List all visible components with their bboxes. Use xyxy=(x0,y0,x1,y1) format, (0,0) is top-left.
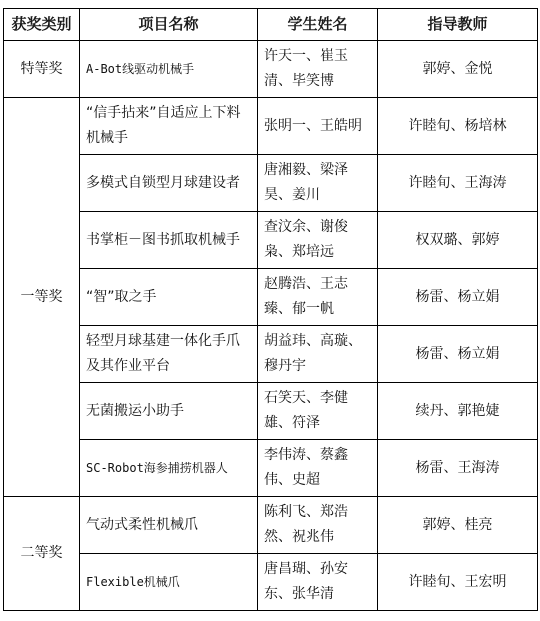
project-name: SC-Robot海参捕捞机器人 xyxy=(80,440,258,497)
project-name: “信手拈来”自适应上下料机械手 xyxy=(80,98,258,155)
header-student-names: 学生姓名 xyxy=(258,9,378,41)
table-row: “智”取之手 赵腾浩、王志臻、郁一帆 杨雷、杨立娟 xyxy=(4,269,538,326)
advisors: 权双璐、郭婷 xyxy=(378,212,538,269)
student-names: 查汶余、谢俊枭、郑培远 xyxy=(258,212,378,269)
header-project-name: 项目名称 xyxy=(80,9,258,41)
table-row: 多模式自锁型月球建设者 唐湘毅、梁泽昊、姜川 许睦旬、王海涛 xyxy=(4,155,538,212)
header-award-category: 获奖类别 xyxy=(4,9,80,41)
header-advisors: 指导教师 xyxy=(378,9,538,41)
student-names: 赵腾浩、王志臻、郁一帆 xyxy=(258,269,378,326)
project-name: A-Bot线驱动机械手 xyxy=(80,41,258,98)
table-row: 特等奖 A-Bot线驱动机械手 许天一、崔玉清、毕笑博 郭婷、金悦 xyxy=(4,41,538,98)
student-names: 唐昌瑚、孙安东、张华清 xyxy=(258,554,378,611)
advisors: 杨雷、杨立娟 xyxy=(378,326,538,383)
project-name: 轻型月球基建一体化手爪及其作业平台 xyxy=(80,326,258,383)
award-category: 一等奖 xyxy=(4,98,80,497)
student-names: 石笑天、李健雄、符泽 xyxy=(258,383,378,440)
student-names: 胡益玮、高璇、穆丹宇 xyxy=(258,326,378,383)
awards-table: 获奖类别 项目名称 学生姓名 指导教师 特等奖 A-Bot线驱动机械手 许天一、… xyxy=(3,8,538,611)
award-category: 特等奖 xyxy=(4,41,80,98)
project-name: “智”取之手 xyxy=(80,269,258,326)
student-names: 陈利飞、郑浩然、祝兆伟 xyxy=(258,497,378,554)
advisors: 杨雷、杨立娟 xyxy=(378,269,538,326)
advisors: 许睦旬、王海涛 xyxy=(378,155,538,212)
table-row: 无菌搬运小助手 石笑天、李健雄、符泽 续丹、郭艳婕 xyxy=(4,383,538,440)
project-name: 无菌搬运小助手 xyxy=(80,383,258,440)
student-names: 李伟涛、蔡鑫伟、史超 xyxy=(258,440,378,497)
table-row: 轻型月球基建一体化手爪及其作业平台 胡益玮、高璇、穆丹宇 杨雷、杨立娟 xyxy=(4,326,538,383)
table-row: SC-Robot海参捕捞机器人 李伟涛、蔡鑫伟、史超 杨雷、王海涛 xyxy=(4,440,538,497)
table-row: 书掌柜－图书抓取机械手 查汶余、谢俊枭、郑培远 权双璐、郭婷 xyxy=(4,212,538,269)
project-name: 书掌柜－图书抓取机械手 xyxy=(80,212,258,269)
student-names: 张明一、王皓明 xyxy=(258,98,378,155)
table-row: 一等奖 “信手拈来”自适应上下料机械手 张明一、王皓明 许睦旬、杨培林 xyxy=(4,98,538,155)
project-name: 气动式柔性机械爪 xyxy=(80,497,258,554)
table-row: Flexible机械爪 唐昌瑚、孙安东、张华清 许睦旬、王宏明 xyxy=(4,554,538,611)
advisors: 许睦旬、杨培林 xyxy=(378,98,538,155)
advisors: 续丹、郭艳婕 xyxy=(378,383,538,440)
advisors: 杨雷、王海涛 xyxy=(378,440,538,497)
table-row: 二等奖 气动式柔性机械爪 陈利飞、郑浩然、祝兆伟 郭婷、桂亮 xyxy=(4,497,538,554)
header-row: 获奖类别 项目名称 学生姓名 指导教师 xyxy=(4,9,538,41)
project-name: Flexible机械爪 xyxy=(80,554,258,611)
student-names: 许天一、崔玉清、毕笑博 xyxy=(258,41,378,98)
advisors: 郭婷、桂亮 xyxy=(378,497,538,554)
project-name: 多模式自锁型月球建设者 xyxy=(80,155,258,212)
advisors: 郭婷、金悦 xyxy=(378,41,538,98)
student-names: 唐湘毅、梁泽昊、姜川 xyxy=(258,155,378,212)
award-category: 二等奖 xyxy=(4,497,80,611)
advisors: 许睦旬、王宏明 xyxy=(378,554,538,611)
